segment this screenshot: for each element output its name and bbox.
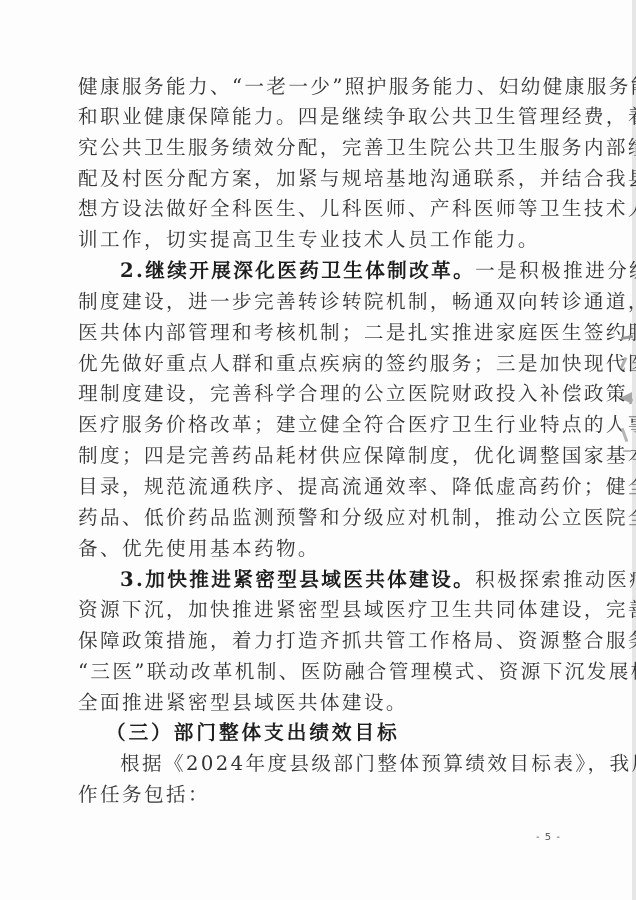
text-line: 训工作，切实提高卫生专业技术人员工作能力。 — [78, 225, 582, 255]
text-line: 资源下沉，加快推进紧密型县域医疗卫生共同体建设，完善相关 — [78, 595, 582, 625]
text-line: 医共体内部管理和考核机制；二是扎实推进家庭医生签约服务， — [78, 318, 582, 348]
triangle-mark-icon — [620, 392, 632, 404]
text-line: 制度建设，进一步完善转诊转院机制，畅通双向转诊通道，完善 — [78, 287, 582, 317]
text-run: 一是积极推进分级诊疗 — [475, 259, 636, 282]
text-line: 目录，规范流通秩序、提高流通效率、降低虚高药价；健全短缺 — [78, 472, 582, 502]
text-line: 健康服务能力、“一老一少”照护服务能力、妇幼健康服务能力 — [78, 72, 582, 102]
text-line: 保障政策措施，着力打造齐抓共管工作格局、资源整合服务体系、 — [78, 626, 582, 656]
text-line: 究公共卫生服务绩效分配，完善卫生院公共卫生服务内部绩效分 — [78, 133, 582, 163]
section-heading: （三）部门整体支出绩效目标 — [106, 718, 406, 748]
text-line: 制度；四是完善药品耗材供应保障制度，优化调整国家基本药物 — [78, 441, 582, 471]
binding-mark-icon — [623, 450, 631, 452]
document-page: 健康服务能力、“一老一少”照护服务能力、妇幼健康服务能力 和职业健康保障能力。四… — [0, 0, 636, 900]
text-line: 备、优先使用基本药物。 — [78, 534, 582, 564]
text-line: 理制度建设，完善科学合理的公立医院财政投入补偿政策，深化 — [78, 379, 582, 409]
text-line: 医疗服务价格改革；建立健全符合医疗卫生行业特点的人事薪酬 — [78, 410, 582, 440]
text-line: “三医”联动改革机制、医防融合管理模式、资源下沉发展机制， — [78, 657, 582, 687]
text-line: 优先做好重点人群和重点疾病的签约服务；三是加快现代医院管 — [78, 349, 582, 379]
paragraph-first-line: 3.加快推进紧密型县域医共体建设。积极探索推动医疗卫生 — [120, 565, 582, 595]
item-heading-3: 3.加快推进紧密型县域医共体建设。 — [120, 568, 475, 591]
text-line: 药品、低价药品监测预警和分级应对机制，推动公立医院全面配 — [78, 503, 582, 533]
text-line: 和职业健康保障能力。四是继续争取公共卫生管理经费，着重研 — [78, 102, 582, 132]
paragraph-first-line: 2.继续开展深化医药卫生体制改革。一是积极推进分级诊疗 — [120, 256, 582, 286]
text-line: 全面推进紧密型县域医共体建设。 — [78, 688, 582, 718]
text-line: 想方设法做好全科医生、儿科医师、产科医师等卫生技术人员培 — [78, 194, 582, 224]
text-line: 作任务包括： — [78, 780, 582, 810]
page-number: - 5 - — [536, 832, 561, 843]
text-line: 配及村医分配方案，加紧与规培基地沟通联系，并结合我县实际， — [78, 164, 582, 194]
text-line: 根据《2024年度县级部门整体预算绩效目标表》，我局重点工 — [120, 749, 582, 779]
item-heading-2: 2.继续开展深化医药卫生体制改革。 — [120, 259, 475, 282]
text-run: 积极探索推动医疗卫生 — [475, 568, 636, 591]
